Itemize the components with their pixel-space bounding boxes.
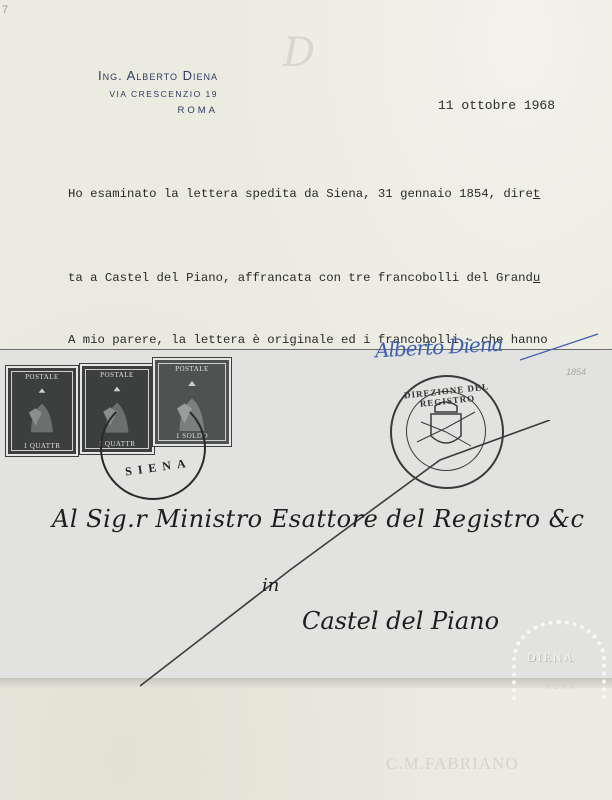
stamp-1-quattrino: POSTALE 1 QUATTR [6,366,78,456]
address-line-in: in [262,575,279,596]
address-line-recipient: Al Sig.r Ministro Esattore del Registro … [52,505,584,533]
paragraph-line: Ho esaminato la lettera spedita da Siena… [68,180,608,208]
corner-pencil-mark: 7 [2,4,8,16]
marzocco-lion-icon [20,384,64,439]
letterhead-city: ROMA [60,103,218,119]
pen-stroke [140,420,560,690]
letterhead: Ing. Alberto Diena VIA CRESCENZIO 19 ROM… [60,68,218,119]
address-line-town: Castel del Piano [302,607,499,635]
letterhead-name: Ing. Alberto Diena [60,68,218,84]
emboss-name: DIENA [527,650,574,665]
letterhead-street: VIA CRESCENZIO 19 [60,86,218,102]
paper-watermark: C.M.FABRIANO [386,754,519,774]
emboss-city: ROMA [545,682,577,691]
pencil-year-note: 1854 [566,367,586,377]
certificate-date: 11 ottobre 1968 [438,98,555,113]
signature-flourish [520,332,600,362]
monogram-watermark: D [283,30,315,76]
